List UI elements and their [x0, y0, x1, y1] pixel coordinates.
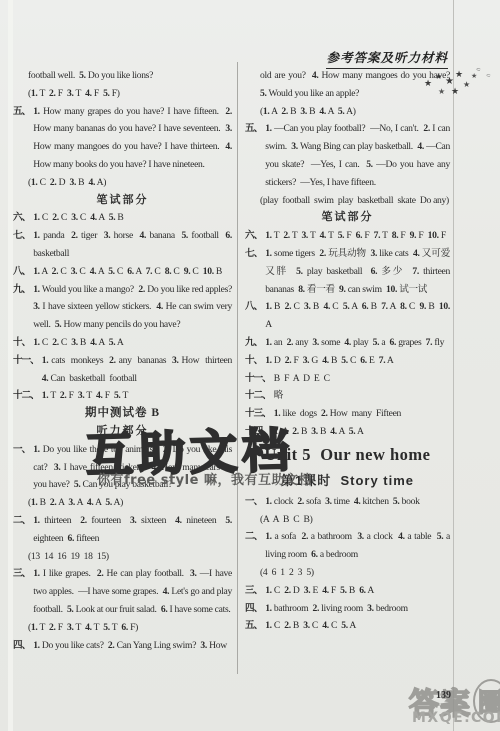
- item-label: 十、: [13, 334, 33, 352]
- item-text: 1. A 2. C 3. C 4. A 5. C 6. A 7. C 8. C …: [33, 263, 232, 281]
- item-text: 1. Would you like a mango? 2. Do you lik…: [33, 281, 232, 334]
- item-label: 五、: [13, 103, 33, 174]
- item-label: 七、: [245, 245, 265, 298]
- answer-key-line: (1. T 2. F 3. T 4. F 5. F): [13, 85, 232, 103]
- answer-key-line: (1. B 2. A 3. A 4. A 5. A): [13, 494, 232, 512]
- item-text: 1. bathroom 2. living room 3. bedroom: [265, 600, 450, 618]
- page-header: 参考答案及听力材料 ★ ★ ★ ★ ★ ★ ★ ★ = =: [0, 36, 500, 70]
- item-label: 八、: [245, 298, 265, 334]
- answer-item-continued: football well. 5. Do you like lions?: [13, 67, 232, 85]
- column-divider-line: [237, 62, 238, 674]
- star-icon: ★: [451, 87, 459, 96]
- answer-item: 二、1. a sofa 2. a bathroom 3. a clock 4. …: [245, 528, 450, 564]
- item-label: 四、: [13, 637, 33, 655]
- item-label: 二、: [13, 512, 33, 548]
- item-label: 二、: [245, 528, 265, 564]
- answer-item: 十、1. C 2. C 3. B 4. A 5. A: [13, 334, 232, 352]
- dash-mark-icon: =: [475, 66, 481, 75]
- answer-item: 八、1. A 2. C 3. C 4. A 5. C 6. A 7. C 8. …: [13, 263, 232, 281]
- item-text: 1. some tigers 2. 玩具动物 3. like cats 4. 又…: [265, 245, 450, 298]
- item-text: 1. C 2. D 3. E 4. F 5. B 6. A: [265, 582, 450, 600]
- item-text: 1. an 2. any 3. some 4. play 5. a 6. gra…: [265, 334, 450, 352]
- answer-item: 十一、1. cats monkeys 2. any bananas 3. How…: [13, 352, 232, 388]
- answer-item: 五、1. How many grapes do you have? I have…: [13, 103, 232, 174]
- item-label: 五、: [245, 617, 265, 635]
- item-label: 十二、: [245, 387, 274, 405]
- item-label: 九、: [245, 334, 265, 352]
- item-text: 1. a sofa 2. a bathroom 3. a clock 4. a …: [265, 528, 450, 564]
- item-label: 六、: [13, 209, 33, 227]
- answer-item: 四、1. bathroom 2. living room 3. bedroom: [245, 600, 450, 618]
- answer-item: 七、1. panda 2. tiger 3. horse 4. banana 5…: [13, 227, 232, 263]
- item-label: 四、: [245, 600, 265, 618]
- page-number: 139: [436, 690, 451, 701]
- item-text: 1. cats monkeys 2. any bananas 3. How th…: [42, 352, 232, 388]
- answer-item: 五、1. C 2. B 3. C 4. C 5. A: [245, 617, 450, 635]
- item-text: 1. D 2. F 3. G 4. B 5. C 6. E 7. A: [265, 352, 450, 370]
- item-text: 1. —Can you play football? —No, I can't.…: [265, 120, 450, 191]
- answer-key-line: (13 14 16 19 18 15): [13, 548, 232, 566]
- item-label: 十二、: [13, 387, 42, 405]
- answer-item: 九、1. an 2. any 3. some 4. play 5. a 6. g…: [245, 334, 450, 352]
- item-text: 1. How many grapes do you have? I have f…: [33, 103, 232, 174]
- item-text: 1. panda 2. tiger 3. horse 4. banana 5. …: [33, 227, 232, 263]
- section-heading: 笔试部分: [13, 192, 232, 210]
- star-icon: ★: [455, 70, 463, 79]
- answer-item: 十一、B F A D E C: [245, 370, 450, 388]
- answer-item: 四、1. Do you like cats? 2. Can Yang Ling …: [13, 637, 232, 655]
- answer-item: 三、1. C 2. D 3. E 4. F 5. B 6. A: [245, 582, 450, 600]
- item-label: 九、: [13, 281, 33, 334]
- answer-item: 二、1. thirteen 2. fourteen 3. sixteen 4. …: [13, 512, 232, 548]
- item-text: 1. T 2. F 3. T 4. F 5. T: [42, 387, 232, 405]
- answer-item: 六、1. C 2. C 3. C 4. A 5. B: [13, 209, 232, 227]
- item-label: 一、: [245, 493, 265, 511]
- answer-item: 十、1. D 2. F 3. G 4. B 5. C 6. E 7. A: [245, 352, 450, 370]
- answer-key-line: (1. T 2. F 3. T 4. T 5. T 6. F): [13, 619, 232, 637]
- answer-key-line: (1. C 2. D 3. B 4. A): [13, 174, 232, 192]
- item-label: 十一、: [245, 370, 274, 388]
- star-icon: ★: [463, 81, 470, 89]
- item-text: 1. like dogs 2. How many Fifteen: [274, 405, 450, 423]
- item-label: 十、: [245, 352, 265, 370]
- answer-key-line: (A A B C B): [245, 511, 450, 529]
- scanned-answer-book-page: { "page": { "paper_color": "#e8e9e5", "i…: [0, 0, 500, 731]
- item-label: 一、: [13, 441, 33, 494]
- answer-item: 六、1. T 2. T 3. T 4. T 5. F 6. F 7. T 8. …: [245, 227, 450, 245]
- answer-key-line: (play football swim play basketball skat…: [245, 192, 450, 210]
- item-text: 1. C 2. C 3. C 4. A 5. B: [33, 209, 232, 227]
- answer-item: 七、1. some tigers 2. 玩具动物 3. like cats 4.…: [245, 245, 450, 298]
- item-text: 1. Do you like cats? 2. Can Yang Ling sw…: [33, 637, 232, 655]
- item-label: 三、: [13, 565, 33, 618]
- item-label: 八、: [13, 263, 33, 281]
- item-text: 1. B 2. C 3. B 4. C 5. A 6. B 7. A 8. C …: [265, 298, 450, 334]
- item-text: 1. thirteen 2. fourteen 3. sixteen 4. ni…: [33, 512, 232, 548]
- item-label: 七、: [13, 227, 33, 263]
- answer-item: 三、1. I like grapes. 2. He can play footb…: [13, 565, 232, 618]
- answer-item: 十二、1. T 2. F 3. T 4. F 5. T: [13, 387, 232, 405]
- item-label: 三、: [245, 582, 265, 600]
- answer-key-line: (4 6 1 2 3 5): [245, 564, 450, 582]
- item-text: 略: [274, 387, 450, 405]
- dash-mark-icon: =: [485, 72, 491, 81]
- answer-item: 九、1. Would you like a mango? 2. Do you l…: [13, 281, 232, 334]
- answers-column-right: old are you? 4. How many mangoes do you …: [245, 67, 450, 635]
- item-label: 六、: [245, 227, 265, 245]
- answer-item-continued: old are you? 4. How many mangoes do you …: [245, 67, 450, 103]
- answer-item: 十二、略: [245, 387, 450, 405]
- section-heading: 笔试部分: [245, 209, 450, 227]
- center-watermark-tagline: 你有free style 嘛，我有互助文档: [97, 469, 312, 488]
- item-label: 十一、: [13, 352, 42, 388]
- answer-key-line: (1. A 2. B 3. B 4. A 5. A): [245, 103, 450, 121]
- item-text: 1. clock 2. sofa 3. time 4. kitchen 5. b…: [265, 493, 450, 511]
- item-text: B F A D E C: [274, 370, 450, 388]
- item-text: 1. A 2. B 3. B 4. A 5. A: [274, 423, 450, 441]
- answer-item: 八、1. B 2. C 3. B 4. C 5. A 6. B 7. A 8. …: [245, 298, 450, 334]
- item-text: 1. T 2. T 3. T 4. T 5. F 6. F 7. T 8. F …: [265, 227, 450, 245]
- item-text: 1. C 2. C 3. B 4. A 5. A: [33, 334, 232, 352]
- star-icon: ★: [471, 73, 477, 80]
- page-fold-line: [453, 0, 454, 731]
- item-text: 1. I like grapes. 2. He can play footbal…: [33, 565, 232, 618]
- answer-item: 一、1. clock 2. sofa 3. time 4. kitchen 5.…: [245, 493, 450, 511]
- footer-watermark-site: MXQE.COM: [412, 710, 500, 726]
- item-text: 1. C 2. B 3. C 4. C 5. A: [265, 617, 450, 635]
- answers-column-left: football well. 5. Do you like lions?(1. …: [13, 67, 232, 654]
- answer-item: 五、1. —Can you play football? —No, I can'…: [245, 120, 450, 191]
- item-label: 五、: [245, 120, 265, 191]
